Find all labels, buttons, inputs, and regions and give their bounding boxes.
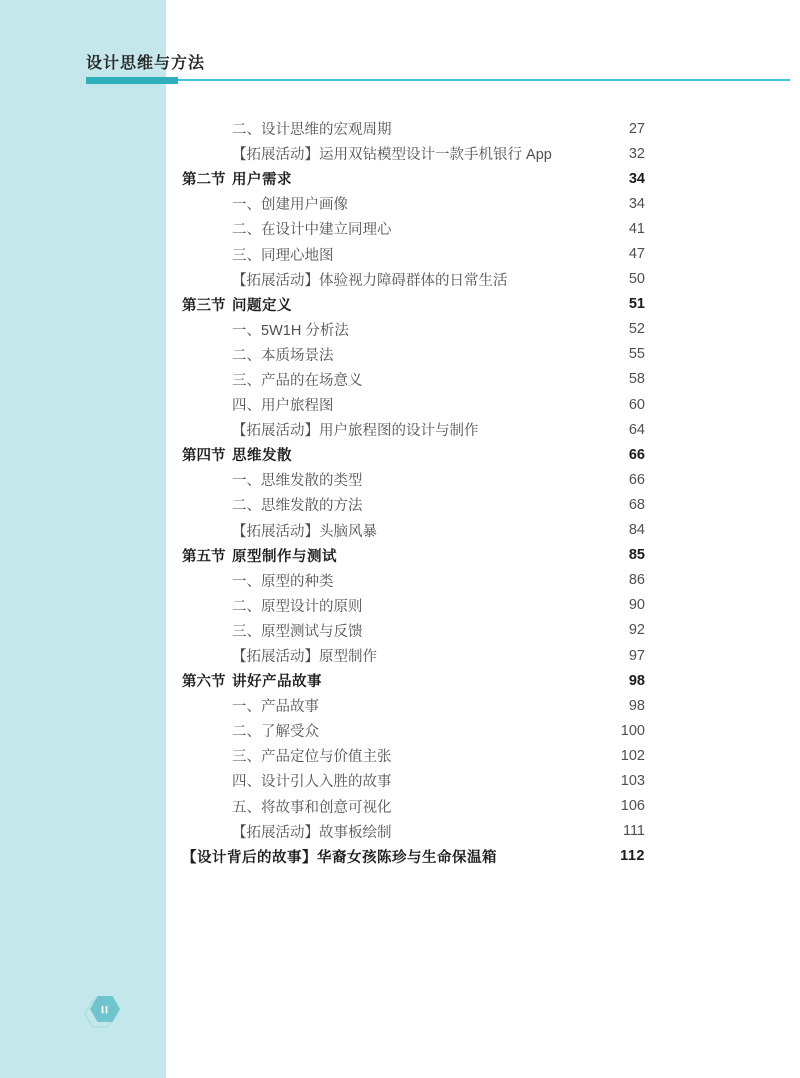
toc-entry-title: 四、用户旅程图 <box>232 394 629 415</box>
toc-section-label: 第三节 <box>182 294 232 315</box>
toc-entry-page-number: 50 <box>629 271 645 287</box>
toc-entry-title: 二、在设计中建立同理心 <box>232 218 629 239</box>
toc-entry-page-number: 84 <box>629 522 645 538</box>
toc-entry-title: 思维发散 <box>232 444 629 465</box>
toc-section-label: 第二节 <box>182 168 232 189</box>
toc-entry-title: 【拓展活动】故事板绘制 <box>232 821 623 842</box>
toc-entry-title: 三、产品定位与价值主张 <box>232 745 621 766</box>
toc-entry-title: 原型制作与测试 <box>232 545 629 566</box>
page-number: II <box>101 1005 109 1017</box>
toc-entry-title: 讲好产品故事 <box>232 670 629 691</box>
toc-entry-title: 三、同理心地图 <box>232 244 629 265</box>
toc-entry-page-number: 52 <box>629 321 645 337</box>
toc-entry-title: 二、设计思维的宏观周期 <box>232 118 629 139</box>
toc-entry-page-number: 90 <box>629 597 645 613</box>
toc-entry-title: 【拓展活动】用户旅程图的设计与制作 <box>232 419 629 440</box>
toc-entry-title: 【拓展活动】头脑风暴 <box>232 520 629 541</box>
toc-section-label: 第四节 <box>182 444 232 465</box>
toc-section-label: 第五节 <box>182 545 232 566</box>
toc-entry: 【拓展活动】头脑风暴84 <box>182 518 645 543</box>
toc-entry: 五、将故事和创意可视化106 <box>182 794 645 819</box>
toc-entry: 二、了解受众100 <box>182 718 645 743</box>
toc-entry: 【拓展活动】故事板绘制111 <box>182 819 645 844</box>
header-rule-thick <box>86 77 178 84</box>
toc-entry-title: 四、设计引人入胜的故事 <box>232 770 621 791</box>
toc-entry: 一、思维发散的类型66 <box>182 467 645 492</box>
toc-entry: 二、思维发散的方法68 <box>182 492 645 517</box>
toc-entry-page-number: 103 <box>621 773 645 789</box>
toc-entry-page-number: 58 <box>629 371 645 387</box>
toc-entry: 第四节思维发散66 <box>182 442 645 467</box>
toc-entry-page-number: 102 <box>621 748 645 764</box>
toc-entry-page-number: 55 <box>629 346 645 362</box>
toc-entry: 【设计背后的故事】华裔女孩陈珍与生命保温箱112 <box>182 844 645 869</box>
toc-entry-title: 【拓展活动】体验视力障碍群体的日常生活 <box>232 269 629 290</box>
page-number-badge: II <box>80 990 130 1034</box>
toc-entry-page-number: 85 <box>629 547 645 563</box>
toc-entry: 三、原型测试与反馈92 <box>182 618 645 643</box>
toc-entry: 一、5W1H 分析法52 <box>182 317 645 342</box>
toc-entry: 三、产品的在场意义58 <box>182 367 645 392</box>
toc-entry: 二、本质场景法55 <box>182 342 645 367</box>
toc-entry: 第五节原型制作与测试85 <box>182 543 645 568</box>
toc-entry-page-number: 86 <box>629 572 645 588</box>
toc-entry-page-number: 68 <box>629 497 645 513</box>
toc-entry: 二、在设计中建立同理心41 <box>182 216 645 241</box>
toc-entry-title: 一、思维发散的类型 <box>232 469 629 490</box>
toc-entry-title: 一、产品故事 <box>232 695 629 716</box>
header-rule-thin <box>86 79 790 81</box>
toc-entry-page-number: 27 <box>629 121 645 137</box>
toc-entry-title: 二、了解受众 <box>232 720 621 741</box>
toc-entry-page-number: 100 <box>621 723 645 739</box>
toc-entry-page-number: 34 <box>629 196 645 212</box>
toc-entry: 二、原型设计的原则90 <box>182 593 645 618</box>
toc-entry: 第六节讲好产品故事98 <box>182 668 645 693</box>
toc-entry: 一、产品故事98 <box>182 693 645 718</box>
toc-entry-page-number: 106 <box>621 798 645 814</box>
book-title: 设计思维与方法 <box>86 50 205 73</box>
toc-entry: 第三节问题定义51 <box>182 292 645 317</box>
toc-entry: 一、原型的种类86 <box>182 568 645 593</box>
toc-entry-title: 【设计背后的故事】华裔女孩陈珍与生命保温箱 <box>182 846 620 867</box>
toc-entry-title: 【拓展活动】运用双钻模型设计一款手机银行 App <box>232 143 629 164</box>
toc-entry-title: 【拓展活动】原型制作 <box>232 645 629 666</box>
toc-entry-page-number: 60 <box>629 397 645 413</box>
toc-entry: 四、用户旅程图60 <box>182 392 645 417</box>
toc-entry-title: 一、原型的种类 <box>232 570 629 591</box>
toc-entry: 【拓展活动】用户旅程图的设计与制作64 <box>182 417 645 442</box>
toc-entry-title: 问题定义 <box>232 294 629 315</box>
toc-entry: 第二节用户需求34 <box>182 166 645 191</box>
toc-entry-title: 一、创建用户画像 <box>232 193 629 214</box>
toc-entry-page-number: 66 <box>629 447 645 463</box>
toc-entry-page-number: 112 <box>620 848 645 864</box>
toc-entry: 三、产品定位与价值主张102 <box>182 743 645 768</box>
toc-entry-title: 二、思维发散的方法 <box>232 494 629 515</box>
toc-entry-page-number: 97 <box>629 648 645 664</box>
toc-entry: 二、设计思维的宏观周期27 <box>182 116 645 141</box>
toc-entry: 四、设计引人入胜的故事103 <box>182 768 645 793</box>
toc-entry: 三、同理心地图47 <box>182 241 645 266</box>
toc-entry-page-number: 47 <box>629 246 645 262</box>
toc-entry-page-number: 98 <box>629 698 645 714</box>
toc-entry-page-number: 51 <box>629 296 645 312</box>
toc-entry-page-number: 98 <box>629 673 645 689</box>
toc-entry-title: 五、将故事和创意可视化 <box>232 796 621 817</box>
toc-entry: 【拓展活动】运用双钻模型设计一款手机银行 App32 <box>182 141 645 166</box>
toc-entry: 一、创建用户画像34 <box>182 191 645 216</box>
toc-entry-page-number: 66 <box>629 472 645 488</box>
toc-entry-title: 三、原型测试与反馈 <box>232 620 629 641</box>
toc-entry: 【拓展活动】原型制作97 <box>182 643 645 668</box>
page-margin-sidebar <box>0 0 166 1078</box>
toc-entry-title: 二、本质场景法 <box>232 344 629 365</box>
toc-entry-title: 二、原型设计的原则 <box>232 595 629 616</box>
toc-section-label: 第六节 <box>182 670 232 691</box>
toc-entry-page-number: 64 <box>629 422 645 438</box>
toc-entry: 【拓展活动】体验视力障碍群体的日常生活50 <box>182 267 645 292</box>
toc-entry-page-number: 34 <box>629 171 645 187</box>
table-of-contents: 二、设计思维的宏观周期27【拓展活动】运用双钻模型设计一款手机银行 App32第… <box>182 116 645 869</box>
toc-entry-page-number: 111 <box>623 823 645 839</box>
toc-entry-title: 用户需求 <box>232 168 629 189</box>
toc-entry-title: 三、产品的在场意义 <box>232 369 629 390</box>
toc-entry-page-number: 41 <box>629 221 645 237</box>
toc-entry-title: 一、5W1H 分析法 <box>232 319 629 340</box>
toc-entry-page-number: 32 <box>629 146 645 162</box>
toc-entry-page-number: 92 <box>629 622 645 638</box>
